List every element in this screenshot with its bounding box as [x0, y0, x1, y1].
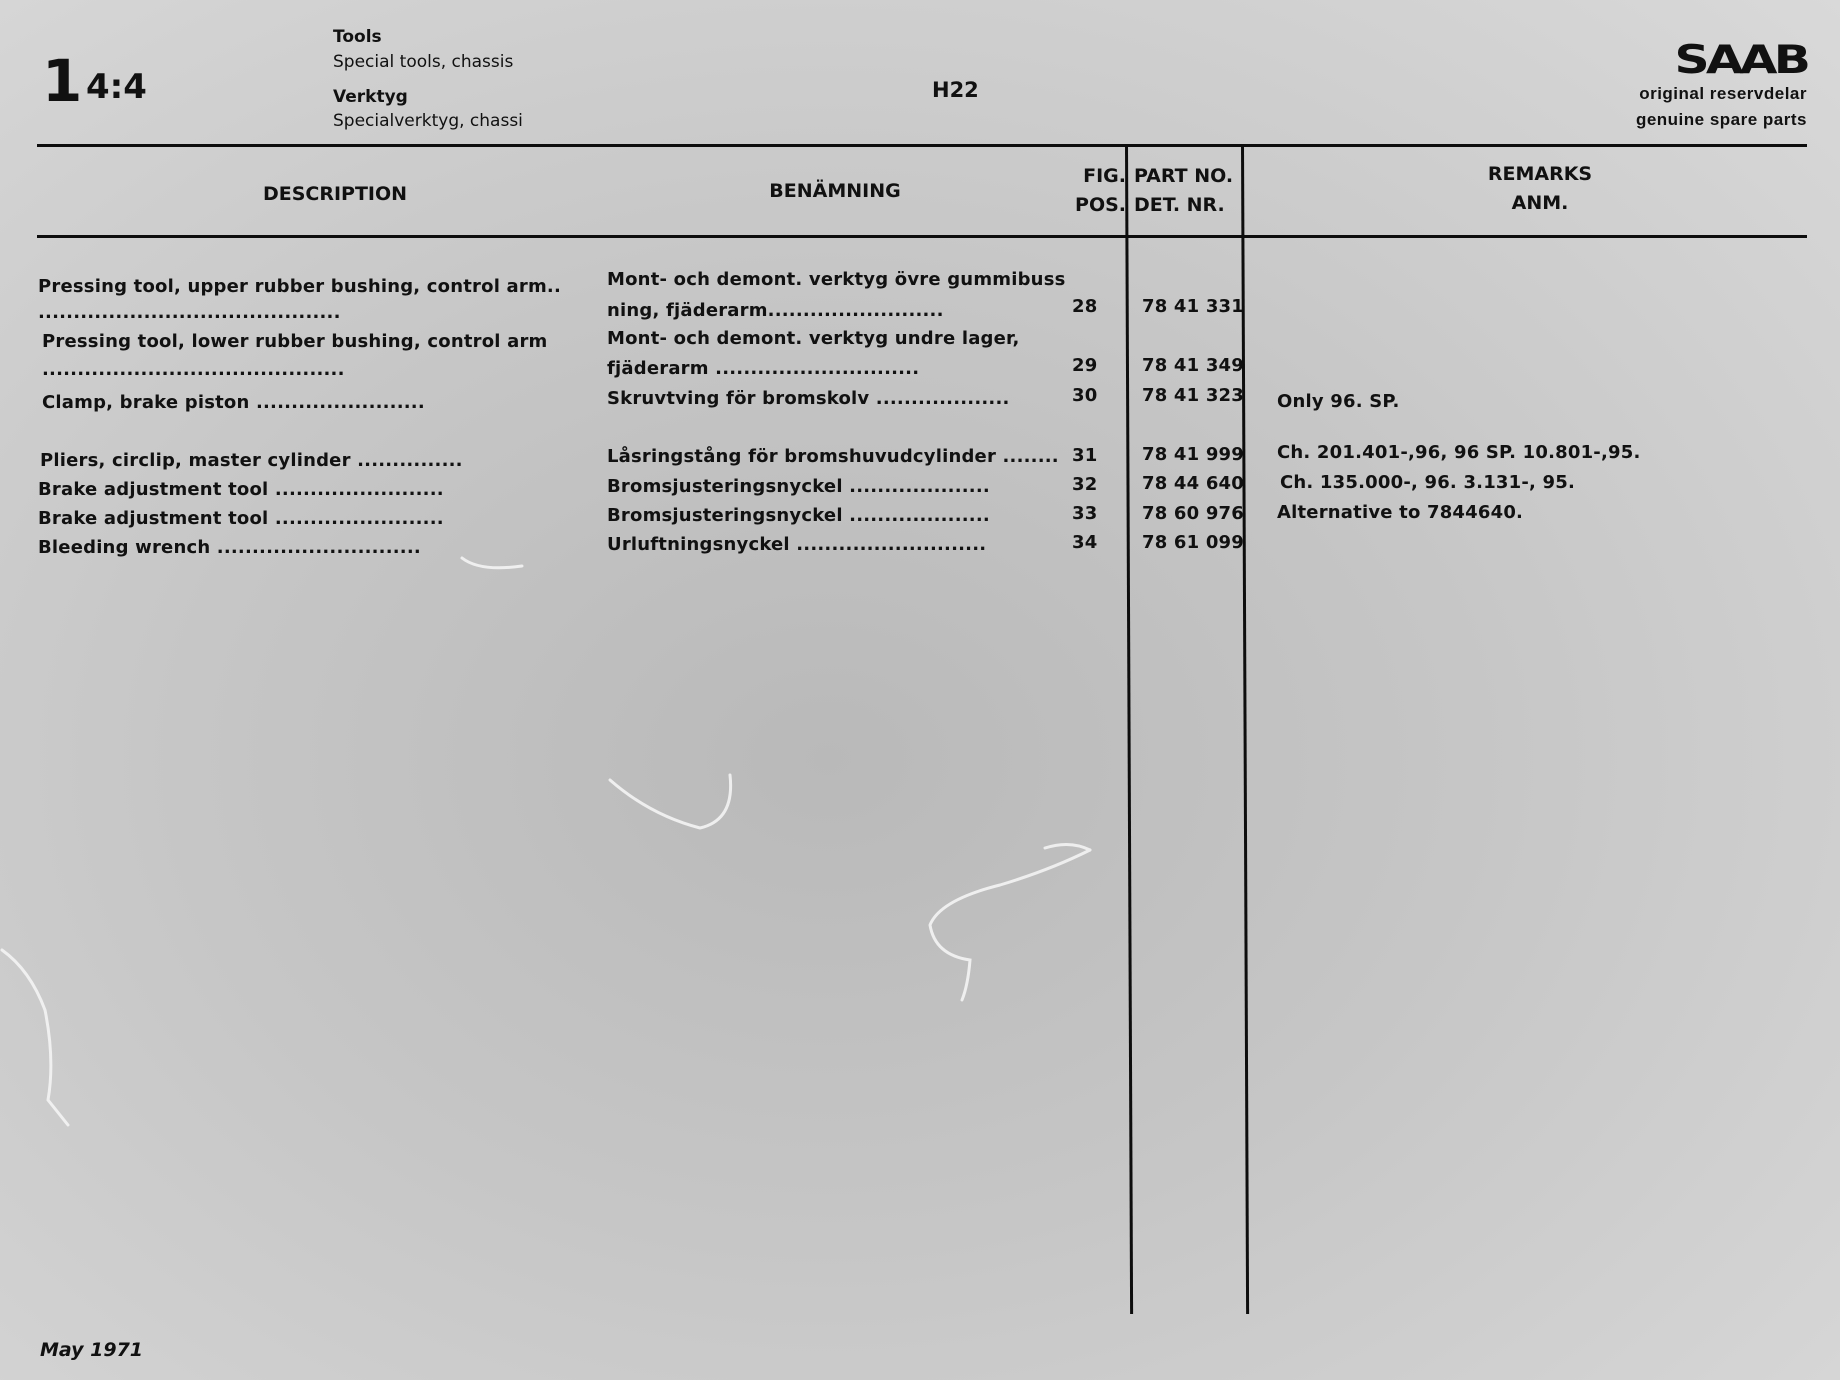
row-29-part-no: 78 41 349	[1142, 357, 1244, 375]
row-30-fig-pos: 30	[1072, 387, 1097, 405]
row-29-benamning-line1: Mont- och demont. verktyg undre lager,	[607, 330, 1020, 348]
row-28-fig-pos: 28	[1072, 298, 1097, 316]
row-33-benamning: Bromsjusteringsnyckel ..................…	[607, 507, 990, 525]
row-32-description: Brake adjustment tool ..................…	[38, 481, 444, 499]
column-header-remarks: REMARKS ANM.	[1440, 160, 1640, 218]
column-header-fig: FIG. POS.	[1066, 162, 1126, 220]
remarks-label: REMARKS	[1440, 160, 1640, 189]
column-divider-fig-part	[1125, 144, 1133, 1314]
row-31-benamning: Låsringstång för bromshuvudcylinder ....…	[607, 448, 1059, 466]
row-29-benamning-line2: fjäderarm .............................	[607, 360, 919, 378]
row-30-description: Clamp, brake piston ....................…	[42, 394, 425, 412]
row-30-remarks: Only 96. SP.	[1277, 393, 1400, 411]
row-33-description: Brake adjustment tool ..................…	[38, 510, 444, 528]
row-29-description-line1: Pressing tool, lower rubber bushing, con…	[42, 333, 548, 351]
row-34-fig-pos: 34	[1072, 534, 1097, 552]
header-top-rule	[37, 144, 1807, 147]
row-30-part-no: 78 41 323	[1142, 387, 1244, 405]
subtitle-en: Special tools, chassis	[333, 54, 513, 71]
row-34-description: Bleeding wrench ........................…	[38, 539, 421, 557]
title-en: Tools	[333, 29, 382, 46]
tagline-en: genuine spare parts	[1636, 110, 1807, 130]
column-divider-part-remarks	[1241, 144, 1249, 1314]
fig-label: FIG.	[1066, 162, 1126, 191]
row-31-description: Pliers, circlip, master cylinder .......…	[40, 452, 463, 470]
row-34-part-no: 78 61 099	[1142, 534, 1244, 552]
title-sv: Verktyg	[333, 89, 408, 106]
anm-label: ANM.	[1440, 189, 1640, 218]
column-header-benamning: BENÄMNING	[720, 177, 950, 206]
row-33-part-no: 78 60 976	[1142, 505, 1244, 523]
column-header-part: PART NO. DET. NR.	[1134, 162, 1244, 220]
row-34-benamning: Urluftningsnyckel ......................…	[607, 536, 986, 554]
row-28-part-no: 78 41 331	[1142, 298, 1244, 316]
row-33-remarks: Alternative to 7844640.	[1277, 504, 1523, 522]
row-28-benamning-line2: ning, fjäderarm.........................	[607, 302, 944, 320]
row-29-fig-pos: 29	[1072, 357, 1097, 375]
section-number: 1	[42, 52, 82, 110]
row-28-benamning-line1: Mont- och demont. verktyg övre gummibuss	[607, 271, 1066, 289]
model-code: H22	[932, 78, 979, 102]
publication-date: May 1971	[40, 1339, 143, 1361]
column-header-description: DESCRIPTION	[200, 180, 470, 209]
row-32-part-no: 78 44 640	[1142, 475, 1244, 493]
subtitle-sv: Specialverktyg, chassi	[333, 113, 523, 130]
row-32-fig-pos: 32	[1072, 476, 1097, 494]
row-30-benamning: Skruvtving för bromskolv ...............…	[607, 390, 1010, 408]
header-bottom-rule	[37, 235, 1807, 238]
row-31-part-no: 78 41 999	[1142, 446, 1244, 464]
row-28-description-leader: ........................................…	[38, 304, 341, 322]
section-subnumber: 4:4	[86, 70, 147, 104]
pos-label: POS.	[1066, 191, 1126, 220]
row-33-fig-pos: 33	[1072, 505, 1097, 523]
saab-logo: SAAB	[1674, 41, 1807, 80]
row-32-remarks: Ch. 135.000-, 96. 3.131-, 95.	[1280, 474, 1575, 492]
tagline-sv: original reservdelar	[1639, 84, 1807, 104]
row-28-description-line1: Pressing tool, upper rubber bushing, con…	[38, 278, 561, 296]
row-31-remarks: Ch. 201.401-,96, 96 SP. 10.801-,95.	[1277, 444, 1641, 462]
part-no-label: PART NO.	[1134, 162, 1244, 191]
row-32-benamning: Bromsjusteringsnyckel ..................…	[607, 478, 990, 496]
row-31-fig-pos: 31	[1072, 447, 1097, 465]
row-29-description-leader: ........................................…	[42, 361, 345, 379]
det-nr-label: DET. NR.	[1134, 191, 1244, 220]
